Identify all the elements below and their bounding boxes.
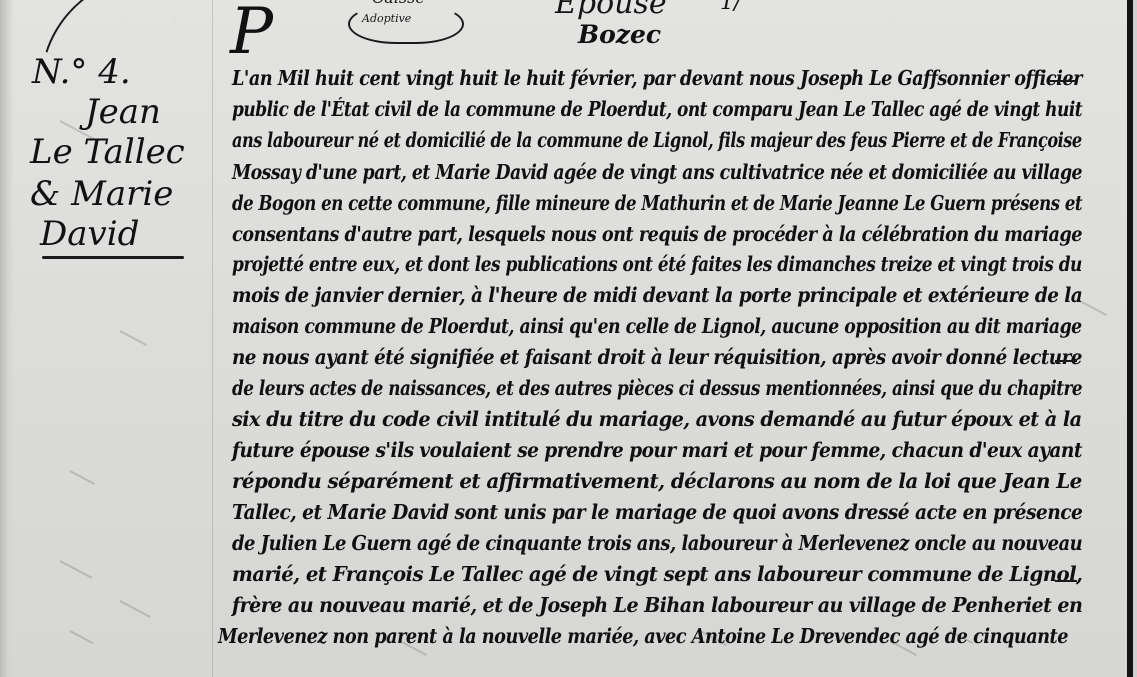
- margin-rule: [212, 0, 213, 677]
- margin-name-line: & Marie: [30, 174, 173, 214]
- page-left-edge: [0, 0, 14, 677]
- body-line: six du titre du code civil intitulé du m…: [232, 409, 1082, 430]
- margin-name-line: Le Tallec: [30, 132, 185, 172]
- register-page: Epouse 1/ Caisse Adoptive Bozec N.° 4. J…: [0, 0, 1137, 677]
- line-end-dash: [1050, 80, 1078, 82]
- stamp-text: Adoptive: [362, 12, 411, 25]
- heading-fragment: Epouse: [555, 0, 667, 21]
- body-line: future épouse s'ils voulaient se prendre…: [232, 440, 1082, 461]
- body-line: ne nous ayant été signifiée et faisant d…: [232, 347, 1082, 368]
- page-right-edge: [1133, 0, 1137, 677]
- body-line: de Bogon en cette commune, fille mineure…: [232, 193, 1082, 214]
- body-line: Tallec, et Marie David sont unis par le …: [232, 502, 1082, 523]
- margin-underline: [42, 256, 184, 259]
- body-line: répondu séparément et affirmativement, d…: [232, 471, 1082, 492]
- body-line: frère au nouveau marié, et de Joseph Le …: [232, 595, 1082, 616]
- body-line: mois de janvier dernier, à l'heure de mi…: [232, 285, 1082, 306]
- line-end-dash: [1055, 360, 1077, 362]
- body-line: ans laboureur né et domicilié de la comm…: [232, 130, 1082, 151]
- entry-number: N.° 4.: [32, 52, 131, 92]
- margin-name-line: Jean: [85, 92, 161, 132]
- body-line: de leurs actes de naissances, et des aut…: [232, 378, 1082, 399]
- body-line: projetté entre eux, et dont les publicat…: [232, 254, 1082, 275]
- margin-name-line: David: [40, 214, 139, 254]
- sub-heading: Bozec: [578, 20, 661, 49]
- body-line: Mossay d'une part, et Marie David agée d…: [232, 162, 1082, 183]
- body-line: Merlevenez non parent à la nouvelle mari…: [218, 626, 1068, 647]
- body-line: L'an Mil huit cent vingt huit le huit fé…: [232, 68, 1082, 89]
- body-line: maison commune de Ploerdut, ainsi qu'en …: [232, 316, 1082, 337]
- body-line: de Julien Le Guern agé de cinquante troi…: [232, 533, 1082, 554]
- body-line: consentans d'autre part, lesquels nous o…: [232, 224, 1082, 245]
- initial-flourish: P: [230, 0, 273, 64]
- body-line: public de l'État civil de la commune de …: [232, 99, 1082, 120]
- body-line: marié, et François Le Tallec agé de ving…: [232, 564, 1082, 585]
- heading-fragment-right: 1/: [720, 0, 741, 15]
- line-end-dash: [1055, 580, 1077, 582]
